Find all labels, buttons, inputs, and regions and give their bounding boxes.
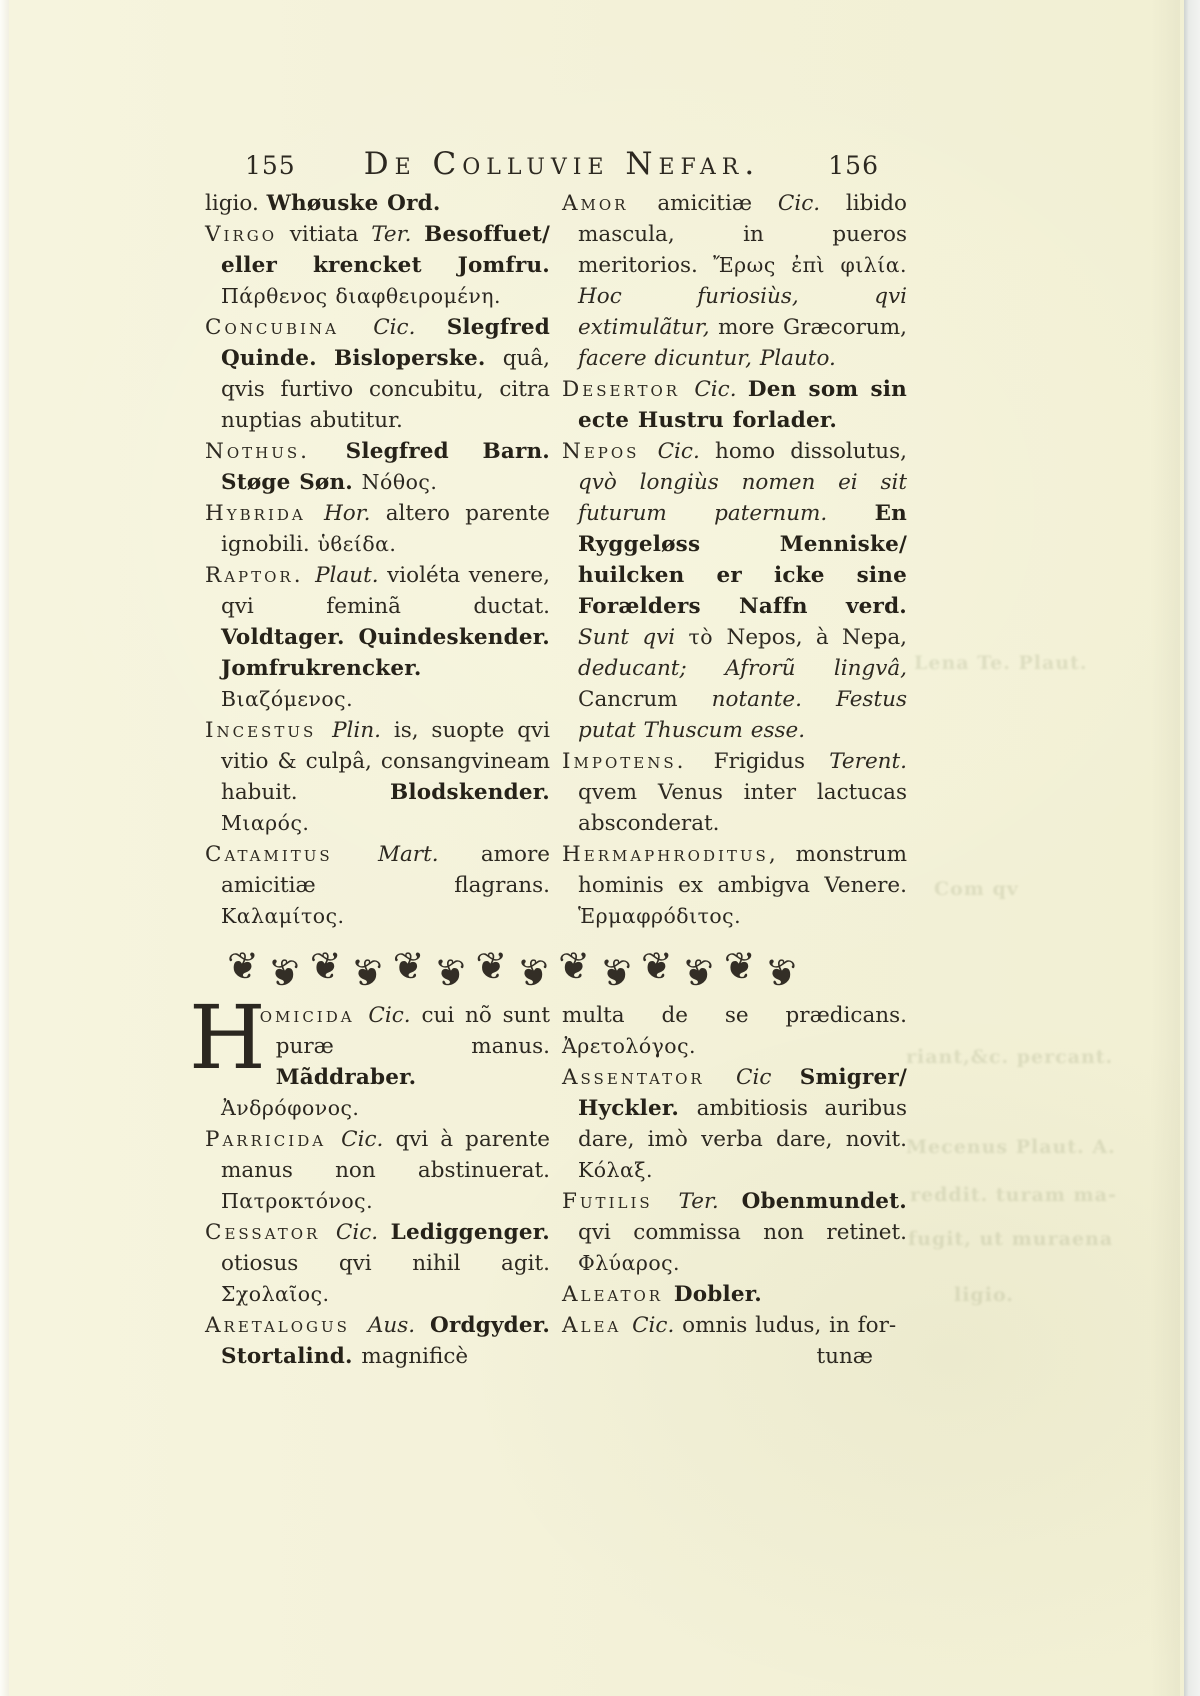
bleedthrough-fragment: Lena Te. Plaut.	[914, 652, 1088, 674]
entry-text-roman: omnis ludus, in for-	[682, 1313, 896, 1338]
entry-text-sc: Cessator	[205, 1220, 336, 1245]
entry-text-sc: Concubina	[205, 315, 373, 340]
entry-text-roman: Frigidus	[714, 749, 830, 774]
entry-text-greek: Φλύαρος.	[578, 1251, 680, 1275]
dictionary-entry: Impotens. Frigidus Terent. qvem Venus in…	[562, 746, 907, 839]
entry-text-roman: ligio.	[205, 191, 267, 216]
entry-text-fraktur: Blodskender.	[390, 780, 550, 805]
dictionary-entry: Incestus Plin. is, suopte qvi vitio & cu…	[205, 715, 550, 839]
entry-text-italic: Aus.	[368, 1313, 430, 1338]
entry-text-roman: magnificè	[361, 1344, 468, 1369]
scanned-book-page: { "page": { "left_page_number": "155", "…	[0, 0, 1200, 1696]
fleuron-icon: ❦	[600, 954, 632, 992]
entry-text-greek: Ἀρετολόγος.	[562, 1034, 696, 1058]
fleuron-icon: ❦	[268, 954, 300, 992]
entry-text-greek: ὑϐείδα.	[318, 532, 397, 556]
entry-text-roman: qvi commissa non retinet.	[578, 1220, 907, 1245]
dictionary-entry: multa de se prædicans. Ἀρετολόγος.	[562, 1000, 907, 1062]
entry-text-sc: Assentator	[562, 1065, 736, 1090]
fleuron-icon: ❦	[310, 947, 342, 985]
entry-text-sc: Virgo	[205, 222, 277, 247]
entry-text-greek: Κόλαξ.	[578, 1158, 653, 1182]
entry-text-sc: Desertor	[562, 377, 694, 402]
entry-text-italic: Cic.	[694, 377, 748, 402]
entry-text-italic: Cic.	[658, 439, 715, 464]
bleedthrough-fragment: Com qv	[934, 878, 1019, 900]
entry-text-italic: Ter.	[679, 1189, 742, 1214]
entry-text-sc: Hybrida	[205, 501, 324, 526]
bleedthrough-fragment: Mecenus Plaut. A.	[906, 1136, 1116, 1158]
entry-text-italic: deducant; Afrorũ lingvâ,	[578, 656, 907, 681]
dictionary-entry: Raptor. Plaut. violéta venere, qvi femin…	[205, 560, 550, 715]
entry-text-sc: Nepos	[562, 439, 658, 464]
entry-text-italic: Cic.	[632, 1313, 682, 1338]
entry-text-sc: Impotens.	[562, 749, 714, 774]
catchword: tunæ	[562, 1341, 907, 1372]
entry-text-italic: Cic	[736, 1065, 800, 1090]
page-crease-shadow	[1150, 0, 1180, 1696]
entry-text-sc: Alea	[562, 1313, 632, 1338]
fleuron-icon: ❦	[682, 954, 714, 992]
dictionary-entry: Nothus. Slegfred Barn. Støge Søn. Νόθος.	[205, 436, 550, 498]
fleuron-icon: ❦	[227, 947, 259, 985]
entry-text-italic: Plin.	[332, 718, 394, 743]
fleuron-icon: ❦	[724, 947, 756, 985]
entry-text-italic: Cic.	[336, 1220, 391, 1245]
entry-text-greek: Πάρθενος διαφθειρομένη.	[221, 284, 501, 308]
scan-left-edge	[0, 0, 9, 1696]
entry-text-greek: Ἑρμαφρόδιτος.	[578, 904, 741, 928]
dictionary-entry: Catamitus Mart. amore amicitiæ flagrans.…	[205, 839, 550, 932]
dictionary-entry: Homicida Cic. cui nõ sunt puræ manus. Mã…	[205, 1000, 550, 1124]
bottom-text-block: Homicida Cic. cui nõ sunt puræ manus. Mã…	[205, 1000, 907, 1372]
dictionary-entry: Aleator Dobler.	[562, 1279, 907, 1310]
dictionary-entry: Aretalogus Aus. Ordgyder. Stortalind. ma…	[205, 1310, 550, 1372]
entry-text-greek: Μιαρός.	[221, 811, 309, 835]
entry-text-italic: Terent.	[829, 749, 907, 774]
fleuron-icon: ❦	[393, 947, 425, 985]
entry-text-greek: Νόθος.	[362, 470, 438, 494]
dictionary-entry: Desertor Cic. Den som sin ecte Hustru fo…	[562, 374, 907, 436]
entry-text-roman: Nepos, à Nepa,	[727, 625, 908, 650]
entry-text-greek: Καλαμίτος.	[221, 904, 345, 928]
entry-text-italic: Cic.	[373, 315, 447, 340]
entry-text-roman: otiosus qvi nihil agit.	[221, 1251, 550, 1276]
dictionary-entry: Hybrida Hor. altero parente ignobili. ὑϐ…	[205, 498, 550, 560]
entry-text-roman: amicitiæ	[657, 191, 778, 216]
entry-text-roman: more Græcorum,	[718, 315, 907, 340]
entry-text-greek: Βιαζόμενος.	[221, 687, 353, 711]
scan-right-edge	[1184, 0, 1200, 1696]
entry-text-sc: Aretalogus	[205, 1313, 368, 1338]
entry-text-italic: Hor.	[324, 501, 370, 526]
fleuron-icon: ❦	[641, 947, 673, 985]
entry-text-sc: Futilis	[562, 1189, 679, 1214]
entry-text-italic: Sunt qvi	[578, 625, 688, 650]
dictionary-entry: Concubina Cic. Slegfred Quinde. Bisloper…	[205, 312, 550, 436]
entry-text-sc: Nothus.	[205, 439, 346, 464]
column-left-bottom: Homicida Cic. cui nõ sunt puræ manus. Mã…	[205, 1000, 550, 1372]
entry-text-sc: Amor	[562, 191, 657, 216]
entry-text-sc: Parricida	[205, 1127, 341, 1152]
entry-text-sc: Hermaphroditus,	[562, 842, 796, 867]
ornament-band: ❦❦❦❦❦❦❦❦❦❦❦❦❦❦	[227, 946, 797, 992]
dictionary-entry: Assentator Cic Smigrer/ Hyckler. ambitio…	[562, 1062, 907, 1186]
fleuron-icon: ❦	[434, 954, 466, 992]
running-title: De Colluvie Nefar.	[296, 146, 829, 182]
entry-text-fraktur: Dobler.	[674, 1282, 762, 1307]
entry-text-greek: τὸ	[688, 625, 726, 649]
column-left-top: ligio. Whøuske Ord.Virgo vitiata Ter. Be…	[205, 188, 550, 932]
dictionary-entry: Alea Cic. omnis ludus, in for-	[562, 1310, 907, 1341]
entry-text-greek: Ἀνδρόφονος.	[221, 1096, 359, 1120]
dictionary-entry: Parricida Cic. qvi à parente manus non a…	[205, 1124, 550, 1217]
entry-text-fraktur: Mãddraber.	[276, 1065, 417, 1090]
entry-text-italic: Ter.	[371, 222, 424, 247]
bleedthrough-fragment: ligio.	[954, 1284, 1014, 1306]
dictionary-entry: Amor amicitiæ Cic. libido mascula, in pu…	[562, 188, 907, 374]
entry-text-roman: homo dissolutus,	[715, 439, 907, 464]
page-content: 155 De Colluvie Nefar. 156 ligio. Whøusk…	[205, 146, 907, 1372]
entry-text-greek: Πατροκτόνος.	[221, 1189, 373, 1213]
fleuron-icon: ❦	[517, 954, 549, 992]
entry-text-greek: Ἔρως ἐπὶ φιλία.	[713, 253, 907, 277]
entry-text-roman: qvem Venus inter lactucas absconderat.	[578, 780, 907, 836]
entry-text-sc: Incestus	[205, 718, 332, 743]
fleuron-icon: ❦	[351, 954, 383, 992]
entry-text-fraktur: Lediggenger.	[391, 1220, 550, 1245]
entry-text-sc: Catamitus	[205, 842, 378, 867]
entry-text-fraktur: Obenmundet.	[742, 1189, 907, 1214]
dictionary-entry: Nepos Cic. homo dissolutus, qvò longiùs …	[562, 436, 907, 746]
entry-text-fraktur: Voldtager. Quindeskender. Jomfrukrencker…	[221, 625, 550, 681]
dictionary-entry: Cessator Cic. Lediggenger. otiosus qvi n…	[205, 1217, 550, 1310]
page-number-left: 155	[245, 151, 296, 180]
entry-text-italic: facere dicuntur, Plauto.	[578, 346, 836, 371]
bleedthrough-fragment: riant,&c. percant.	[906, 1046, 1113, 1068]
entry-text-italic: Mart.	[378, 842, 481, 867]
fleuron-icon: ❦	[765, 954, 797, 992]
entry-text-sc: omicida	[260, 1003, 369, 1028]
column-right-bottom: multa de se prædicans. Ἀρετολόγος.Assent…	[562, 1000, 907, 1372]
bleedthrough-fragment: reddit. turam ma-	[910, 1184, 1117, 1206]
entry-text-italic: Cic.	[368, 1003, 421, 1028]
dictionary-entry: Virgo vitiata Ter. Besoffuet/ eller kren…	[205, 219, 550, 312]
entry-text-sc: Raptor.	[205, 563, 315, 588]
dictionary-entry: Futilis Ter. Obenmundet. qvi commissa no…	[562, 1186, 907, 1279]
dictionary-entry: Hermaphroditus, monstrum hominis ex ambi…	[562, 839, 907, 932]
entry-text-roman: vitiata	[277, 222, 371, 247]
bleedthrough-fragment: fugit, ut muraena	[908, 1228, 1113, 1250]
top-text-block: ligio. Whøuske Ord.Virgo vitiata Ter. Be…	[205, 188, 907, 932]
entry-text-roman: Cancrum	[578, 687, 712, 712]
entry-text-italic: qvò longiùs nomen ei sit futurum paternu…	[578, 470, 907, 526]
fleuron-icon: ❦	[475, 947, 507, 985]
page-header: 155 De Colluvie Nefar. 156	[205, 146, 907, 182]
entry-text-italic: Plaut.	[315, 563, 387, 588]
entry-text-greek: Σχολαῖος.	[221, 1282, 330, 1306]
column-right-top: Amor amicitiæ Cic. libido mascula, in pu…	[562, 188, 907, 932]
entry-text-italic: Cic.	[778, 191, 846, 216]
page-number-right: 156	[828, 151, 879, 180]
entry-text-fraktur: Whøuske Ord.	[267, 191, 441, 216]
dictionary-entry: ligio. Whøuske Ord.	[205, 188, 550, 219]
entry-text-roman: multa de se prædicans.	[562, 1003, 907, 1028]
fleuron-icon: ❦	[558, 947, 590, 985]
entry-text-sc: Aleator	[562, 1282, 674, 1307]
entry-text-italic: Cic.	[341, 1127, 395, 1152]
